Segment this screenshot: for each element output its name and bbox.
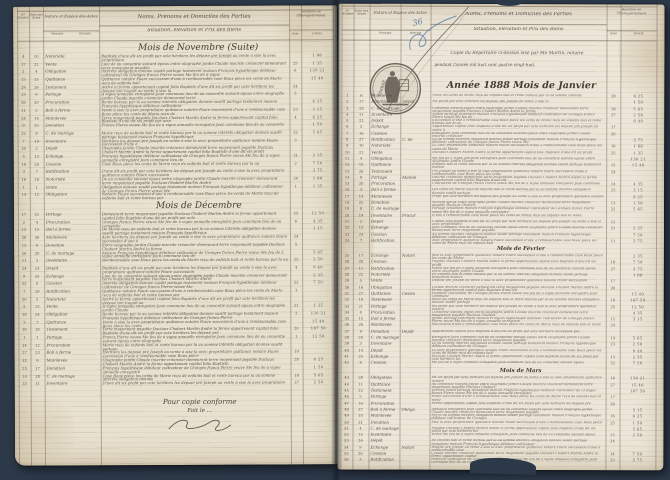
- col-header-order: N° d'ordre: [342, 10, 354, 17]
- entry-cell: 28: [17, 85, 29, 93]
- col-header-nature: Nature et Espèce des Actes: [43, 14, 99, 19]
- entry-cell: [400, 239, 430, 245]
- entry-cell: 1 35: [302, 184, 334, 192]
- entry-cell: 3 75: [619, 459, 655, 465]
- entry-cell: 22: [290, 130, 302, 138]
- entry-cell: Inventaire: [45, 382, 101, 390]
- entry-cell: 11: [31, 382, 45, 390]
- entry-cell: 6 25: [301, 115, 333, 123]
- entry-cell: 12: [19, 359, 31, 367]
- section-title: Mois de Décembre: [104, 200, 294, 213]
- col-header-rel-date: Date: [607, 32, 621, 35]
- col-header-order: N° d'ordre: [17, 14, 29, 21]
- entry-cell: 5 65: [303, 373, 335, 381]
- entry-cell: 7 50: [620, 361, 656, 367]
- entry-cell: 26: [18, 251, 30, 259]
- right-page-entries: Année 1888 Mois de Janvier16MainlevéePiè…: [340, 78, 656, 465]
- entry-cell: 6 25: [303, 357, 335, 365]
- entry-cell: [301, 92, 333, 100]
- entry-cell: 19: [291, 350, 303, 358]
- entry-cell: 22: [606, 361, 620, 367]
- entry-cell: 5 65: [302, 250, 334, 258]
- entry-cell: 1: [18, 336, 30, 344]
- entry-cell: 24: [18, 267, 30, 275]
- entry-cell: [302, 242, 334, 250]
- section-title: Mois de Mars: [433, 367, 609, 376]
- entry-cell: 1: [30, 185, 44, 193]
- entry-cell: 13: [30, 155, 44, 163]
- col-header-relation: Relation de l'Enregistrement: [608, 8, 656, 16]
- entry-cell: [290, 296, 302, 304]
- entry-cell: 22: [18, 282, 30, 290]
- entry-cell: 4: [290, 265, 302, 273]
- entry-cell: [290, 192, 302, 200]
- entry-cell: 10: [29, 55, 43, 63]
- entry-cell: 2: [30, 297, 44, 305]
- entry-cell: 7: [353, 238, 369, 244]
- col-header-nature-sub2: Brevets: [71, 32, 99, 36]
- entry-cell: [301, 84, 333, 92]
- entry-cell: 15: [29, 78, 43, 86]
- col-header-rel-date: Date: [289, 32, 301, 35]
- register-row: 2311InventaireD'une dit six profit par a…: [19, 380, 335, 389]
- entry-cell: 9: [18, 124, 30, 132]
- rule-header-mid: [99, 25, 289, 27]
- entry-cell: 13: [17, 93, 29, 101]
- scanned-register-spread: N° d'ordre Date des Actes Nature et Espè…: [0, 0, 670, 480]
- entry-cell: 23: [605, 459, 619, 465]
- entry-cell: 27: [19, 351, 31, 359]
- entry-cell: 16: [18, 178, 30, 186]
- entry-cell: 17: [31, 366, 45, 374]
- entry-cell: [303, 350, 335, 358]
- entry-cell: 19: [30, 139, 44, 147]
- entry-cell: [289, 77, 301, 85]
- section-title: Année 1888 Mois de Janvier: [433, 78, 609, 94]
- entry-cell: [291, 365, 303, 373]
- col-header-parties: Noms, Prénoms et Domiciles des Parties: [99, 14, 289, 21]
- entry-cell: 24: [341, 238, 353, 244]
- entry-cell: 28: [18, 236, 30, 244]
- entry-cell: [399, 458, 429, 464]
- entry-cell: 42: [341, 361, 353, 367]
- entry-cell: 20: [18, 297, 30, 305]
- entry-cell: Ratification: [368, 458, 399, 464]
- entry-cell: 4 35: [302, 219, 334, 227]
- entry-cell: 1 50: [302, 122, 334, 130]
- entry-cell: 25: [19, 366, 31, 374]
- entry-cell: 2: [290, 161, 302, 169]
- entry-cell: 7: [18, 139, 30, 147]
- entry-cell: 4: [30, 220, 44, 228]
- right-page: N° d'ordre Date des Actes Nature et Espè…: [337, 4, 664, 471]
- entry-cell: 7 50: [302, 161, 334, 169]
- entry-cell: 9: [30, 243, 44, 251]
- entry-cell: [289, 100, 301, 108]
- rule-relation-sub: [607, 30, 657, 31]
- entry-cell: 12: [30, 343, 44, 351]
- entry-cell: 1: [18, 185, 30, 193]
- col-header-relation: Relation de l'Enregistrement: [290, 10, 332, 18]
- entry-cell: 5 65: [302, 130, 334, 138]
- entry-cell: [290, 319, 302, 327]
- entry-cell: 21: [290, 304, 302, 312]
- entry-cell: 3: [290, 138, 302, 146]
- entry-cell: 8: [353, 361, 369, 367]
- entry-cell: 3: [30, 259, 44, 267]
- entry-cell: [302, 342, 334, 350]
- entry-cell: 21: [29, 62, 43, 70]
- entry-cell: 11: [17, 108, 29, 116]
- entry-cell: 18: [18, 313, 30, 321]
- entry-cell: 20: [290, 327, 302, 335]
- entry-cell: 18: [30, 178, 44, 186]
- entry-cell: [290, 250, 302, 258]
- entry-cell: [289, 53, 301, 61]
- entry-cell: 25: [289, 61, 301, 69]
- entry-cell: 5: [290, 242, 302, 250]
- entry-cell: 19: [30, 290, 44, 298]
- entry-cell: 18: [18, 162, 30, 170]
- col-header-nature-sub1: Minutes: [43, 32, 71, 36]
- entry-cell: 15 40: [301, 76, 333, 84]
- entry-cell: 18: [30, 328, 44, 336]
- entry-cell: 20: [30, 251, 44, 259]
- entry-cell: 1 88: [302, 176, 334, 184]
- entry-cell: 2 35: [302, 153, 334, 161]
- entry-cell: 7: [30, 320, 44, 328]
- entry-cell: 25: [30, 274, 44, 282]
- entry-cell: 23: [19, 382, 31, 390]
- entry-cell: [290, 169, 302, 177]
- entry-cell: 17: [18, 213, 30, 221]
- entry-cell: [302, 234, 334, 242]
- col-header-date: Date des Actes: [354, 10, 370, 17]
- entry-cell: 130 21: [302, 311, 334, 319]
- entry-cell: 21: [290, 153, 302, 161]
- entry-cell: 8: [30, 131, 44, 139]
- entry-cell: Ratification: [369, 238, 400, 244]
- intro-line-1: Copie du Répertoire ci-dessus visé par M…: [450, 51, 620, 56]
- intro-line-2: pendant l'année mil huit cent quatre-vin…: [434, 62, 594, 67]
- entry-cell: 20: [18, 147, 30, 155]
- entry-cell: 3 15: [301, 107, 333, 115]
- section-title: Mois de Février: [433, 245, 609, 254]
- entry-cell: 4: [289, 115, 301, 123]
- entry-cell: 2 35: [302, 273, 334, 281]
- entry-cell: 12 50: [302, 334, 334, 342]
- entry-cell: 187 50: [302, 327, 334, 335]
- entry-cell: 56: [340, 458, 352, 464]
- entry-cell: 15: [17, 78, 29, 86]
- entry-cell: 1 50: [303, 365, 335, 373]
- entry-cell: 26: [17, 101, 29, 109]
- left-page: N° d'ordre Date des Actes Nature et Espè…: [13, 5, 339, 465]
- entry-cell: 28: [31, 374, 45, 382]
- entry-cell: 24: [289, 84, 301, 92]
- entry-cell: [302, 138, 334, 146]
- entry-cell: 4 35: [301, 99, 333, 107]
- entry-cell: 26: [29, 85, 43, 93]
- entry-cell: D'une dit six profit par acte héritiers …: [101, 381, 291, 390]
- entry-cell: [290, 342, 302, 350]
- entry-cell: [400, 361, 430, 367]
- entry-cell: 6: [290, 219, 302, 227]
- page-edge-nick: [497, 0, 521, 6]
- entry-cell: [302, 288, 334, 296]
- entry-cell: 5: [18, 305, 30, 313]
- entry-cell: 1 35: [302, 304, 334, 312]
- entry-cell: 2: [17, 70, 29, 78]
- left-page-entries: Mois de Novembre (Suite)410NotoriétéBapt…: [17, 41, 335, 389]
- entry-cell: 3 75: [302, 169, 334, 177]
- entry-cell: 14: [18, 343, 30, 351]
- closing-formula: Pour copie conforme Fait le …: [105, 397, 295, 439]
- entry-cell: 24: [30, 162, 44, 170]
- entry-cell: 28: [291, 358, 303, 366]
- col-header-biens: Situation, élévation et Prix des Biens: [99, 28, 289, 35]
- entry-cell: 22: [290, 281, 302, 289]
- entry-cell: 24: [17, 116, 29, 124]
- entry-cell: 7: [18, 290, 30, 298]
- entry-cell: [290, 273, 302, 281]
- entry-cell: 130 21: [301, 69, 333, 77]
- entry-cell: 18: [291, 373, 303, 381]
- entry-cell: 13: [18, 243, 30, 251]
- entry-cell: 22: [18, 132, 30, 140]
- entry-cell: 2 50: [302, 257, 334, 265]
- entry-cell: 14: [30, 266, 44, 274]
- entry-cell: 2: [18, 220, 30, 228]
- entry-cell: 1 88: [301, 53, 333, 61]
- entry-cell: 13: [30, 305, 44, 313]
- col-header-date: Date des Actes: [29, 14, 43, 21]
- signature-flourish: [165, 415, 235, 435]
- entry-cell: 25: [30, 124, 44, 132]
- entry-cell: 7 50: [302, 281, 334, 289]
- entry-cell: 20: [29, 101, 43, 109]
- closing-line2: Fait le …: [105, 407, 295, 414]
- entry-cell: 4: [29, 70, 43, 78]
- entry-cell: 23: [290, 258, 302, 266]
- entry-cell: 7: [30, 170, 44, 178]
- entry-cell: [290, 227, 302, 235]
- entry-cell: 1: [290, 184, 302, 192]
- entry-cell: 9: [18, 274, 30, 282]
- entry-cell: 20: [290, 176, 302, 184]
- entry-cell: Cession: [369, 361, 400, 367]
- entry-cell: 3: [290, 288, 302, 296]
- entry-cell: 5: [289, 92, 301, 100]
- entry-cell: 5: [18, 155, 30, 163]
- entry-cell: 15 40: [302, 319, 334, 327]
- entry-cell: 3: [29, 108, 43, 116]
- entry-cell: Obligation: [44, 193, 100, 201]
- entry-cell: [290, 146, 302, 154]
- entry-cell: 8: [30, 282, 44, 290]
- entry-cell: 12: [30, 193, 44, 201]
- entry-cell: 2 50: [303, 380, 335, 388]
- binding-seam: [331, 0, 341, 480]
- entry-cell: 1: [290, 335, 302, 343]
- entry-cell: 10: [19, 374, 31, 382]
- entry-cell: [302, 192, 334, 200]
- rule-top: [17, 9, 333, 11]
- entry-cell: 14: [29, 116, 43, 124]
- entry-cell: 1 35: [301, 61, 333, 69]
- rule-relation-sub: [289, 29, 333, 30]
- entry-cell: 23: [31, 351, 45, 359]
- entry-cell: 26: [30, 236, 44, 244]
- entry-cell: 15: [18, 228, 30, 236]
- entry-cell: 12 50: [302, 211, 334, 219]
- entry-cell: 4: [17, 55, 29, 63]
- entry-cell: 16: [18, 328, 30, 336]
- entry-cell: 15: [30, 228, 44, 236]
- entry-cell: 3: [18, 320, 30, 328]
- entry-cell: 24: [30, 313, 44, 321]
- entry-cell: 3 15: [302, 227, 334, 235]
- col-header-rel-fee: Droits: [621, 32, 657, 36]
- register-row: 428CessionMe feu de à vigne annuelle enr…: [341, 361, 656, 368]
- entry-cell: 17: [17, 62, 29, 70]
- entry-cell: [290, 123, 302, 131]
- entry-cell: 6: [289, 69, 301, 77]
- entry-cell: 11: [18, 259, 30, 267]
- entry-cell: 3 75: [620, 239, 656, 245]
- entry-cell: 2: [30, 147, 44, 155]
- entry-cell: 6: [31, 359, 45, 367]
- entry-cell: 9 40: [302, 265, 334, 273]
- entry-cell: 14: [18, 193, 30, 201]
- entry-cell: 23: [289, 107, 301, 115]
- entry-cell: 24: [290, 235, 302, 243]
- entry-cell: 27: [291, 381, 303, 389]
- entry-cell: 2: [290, 311, 302, 319]
- entry-cell: [302, 296, 334, 304]
- col-header-rel-fee: Droits: [301, 32, 333, 36]
- entry-cell: 21: [30, 213, 44, 221]
- entry-cell: 3: [18, 170, 30, 178]
- section-title: Mois de Novembre (Suite): [103, 41, 293, 54]
- closing-line1: Pour copie conforme: [105, 397, 295, 406]
- entry-cell: [302, 146, 334, 154]
- entry-cell: 1: [30, 336, 44, 344]
- entry-cell: 25: [290, 212, 302, 220]
- entry-cell: 3: [352, 458, 368, 464]
- entry-cell: 11: [606, 239, 620, 245]
- entry-cell: 9: [29, 93, 43, 101]
